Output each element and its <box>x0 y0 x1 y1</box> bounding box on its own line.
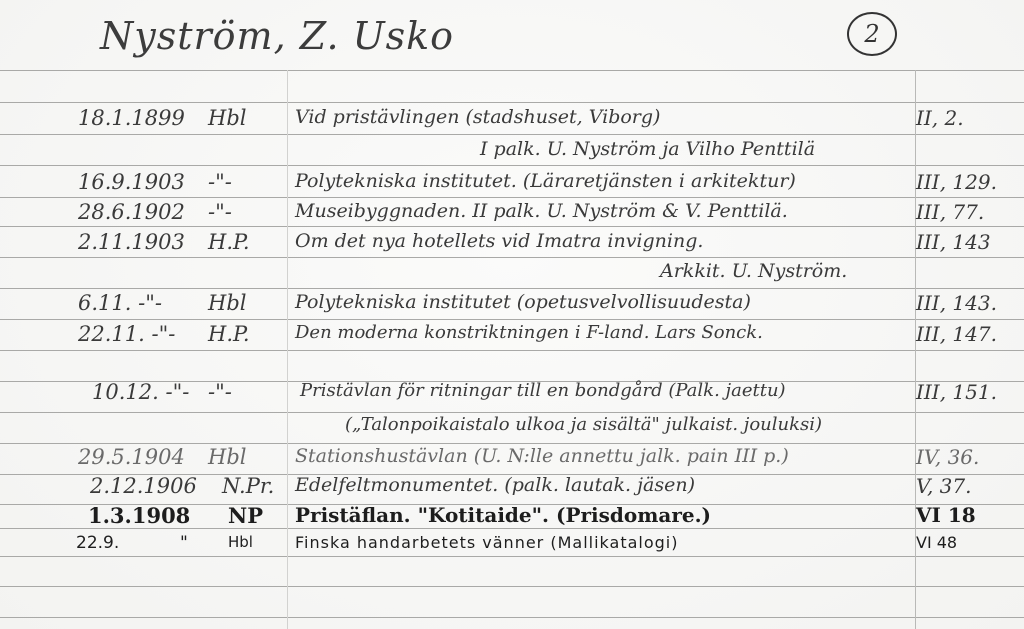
entry-source: -"- <box>208 380 232 404</box>
entry-ref: II, 2. <box>916 106 964 130</box>
entry-row: 1.3.1908 NP Pristäflan. "Kotitaide". (Pr… <box>0 503 1024 533</box>
entry-text: Om det nya hotellets vid Imatra invignin… <box>295 230 703 252</box>
entry-date: 28.6.1902 <box>78 200 185 224</box>
entry-ref: III, 143 <box>916 230 991 254</box>
entry-row: 28.6.1902 -"- Museibyggnaden. II palk. U… <box>0 200 1024 230</box>
entry-text: Vid pristävlingen (stadshuset, Viborg) <box>295 106 660 128</box>
rule-line <box>0 617 1024 618</box>
entry-source: Hbl <box>228 533 253 551</box>
entry-text: Finska handarbetets vänner (Mallikatalog… <box>295 533 678 552</box>
entry-source: H.P. <box>208 322 250 346</box>
entry-source: -"- <box>208 200 232 224</box>
entry-source: Hbl <box>208 445 246 469</box>
entry-row: 22.11. -"- H.P. Den moderna konstriktnin… <box>0 322 1024 352</box>
entry-source: H.P. <box>208 230 250 254</box>
entry-date: 2.11.1903 <box>78 230 185 254</box>
entry-row: 16.9.1903 -"- Polytekniska institutet. (… <box>0 170 1024 200</box>
rule-line <box>0 412 1024 413</box>
index-card: Nyström, Z. Usko 2 18.1.1899 Hbl Vid pri… <box>0 0 1024 629</box>
entry-ref: III, 129. <box>916 170 997 194</box>
entry-ref: V, 37. <box>916 474 971 498</box>
entry-date: 22.11. -"- <box>78 322 175 346</box>
entry-ref: III, 151. <box>916 380 997 404</box>
rule-line <box>0 443 1024 444</box>
card-number: 2 <box>864 20 879 48</box>
entry-text: Den moderna konstriktningen i F-land. La… <box>295 322 763 343</box>
entry-ref: III, 77. <box>916 200 984 224</box>
entry-text: Stationshustävlan (U. N:lle annettu jalk… <box>295 445 789 467</box>
rule-line <box>0 70 1024 71</box>
entry-text: Edelfeltmonumentet. (palk. lautak. jäsen… <box>295 474 695 496</box>
entry-text: Pristävlan för ritningar till en bondgår… <box>300 380 786 401</box>
ditto-mark: " <box>180 533 188 553</box>
entry-source: NP <box>228 503 263 528</box>
entry-continuation: („Talonpoikaistalo ulkoa ja sisältä" jul… <box>345 414 822 435</box>
entry-source: Hbl <box>208 291 246 315</box>
entry-date: 18.1.1899 <box>78 106 185 130</box>
entry-date: 22.9. <box>76 533 119 553</box>
rule-line <box>0 586 1024 587</box>
rule-line <box>0 165 1024 166</box>
entry-source: N.Pr. <box>222 474 274 498</box>
entry-row: 2.12.1906 N.Pr. Edelfeltmonumentet. (pal… <box>0 474 1024 504</box>
entry-row: 29.5.1904 Hbl Stationshustävlan (U. N:ll… <box>0 445 1024 475</box>
entry-ref: III, 143. <box>916 291 997 315</box>
entry-ref: IV, 36. <box>916 445 979 469</box>
entry-source: -"- <box>208 170 232 194</box>
entry-ref: III, 147. <box>916 322 997 346</box>
entry-date: 2.12.1906 <box>90 474 197 498</box>
entry-row: 18.1.1899 Hbl Vid pristävlingen (stadshu… <box>0 106 1024 136</box>
entry-ref: VI 48 <box>916 533 957 552</box>
entry-row: 6.11. -"- Hbl Polytekniska institutet (o… <box>0 291 1024 321</box>
entry-date: 16.9.1903 <box>78 170 185 194</box>
entry-text: Museibyggnaden. II palk. U. Nyström & V.… <box>295 200 788 222</box>
entry-text: Polytekniska institutet (opetusvelvollis… <box>295 291 751 313</box>
entry-row: 2.11.1903 H.P. Om det nya hotellets vid … <box>0 230 1024 260</box>
entry-date: 6.11. -"- <box>78 291 162 315</box>
entry-text: Pristäflan. "Kotitaide". (Prisdomare.) <box>295 503 711 527</box>
entry-date: 29.5.1904 <box>78 445 185 469</box>
entry-date: 10.12. -"- <box>92 380 189 404</box>
entry-continuation: Arkkit. U. Nyström. <box>660 260 847 282</box>
entry-ref: VI 18 <box>916 503 976 527</box>
card-heading: Nyström, Z. Usko <box>100 14 454 58</box>
entry-date: 1.3.1908 <box>88 503 190 528</box>
rule-line <box>0 288 1024 289</box>
entry-row: 22.9. " Hbl Finska handarbetets vänner (… <box>0 533 1024 563</box>
entry-text: Polytekniska institutet. (Läraretjänsten… <box>295 170 796 192</box>
card-number-badge: 2 <box>847 12 897 56</box>
entry-row: 10.12. -"- -"- Pristävlan för ritningar … <box>0 380 1024 410</box>
entry-continuation: I palk. U. Nyström ja Vilho Penttilä <box>480 138 815 160</box>
rule-line <box>0 102 1024 103</box>
entry-source: Hbl <box>208 106 246 130</box>
